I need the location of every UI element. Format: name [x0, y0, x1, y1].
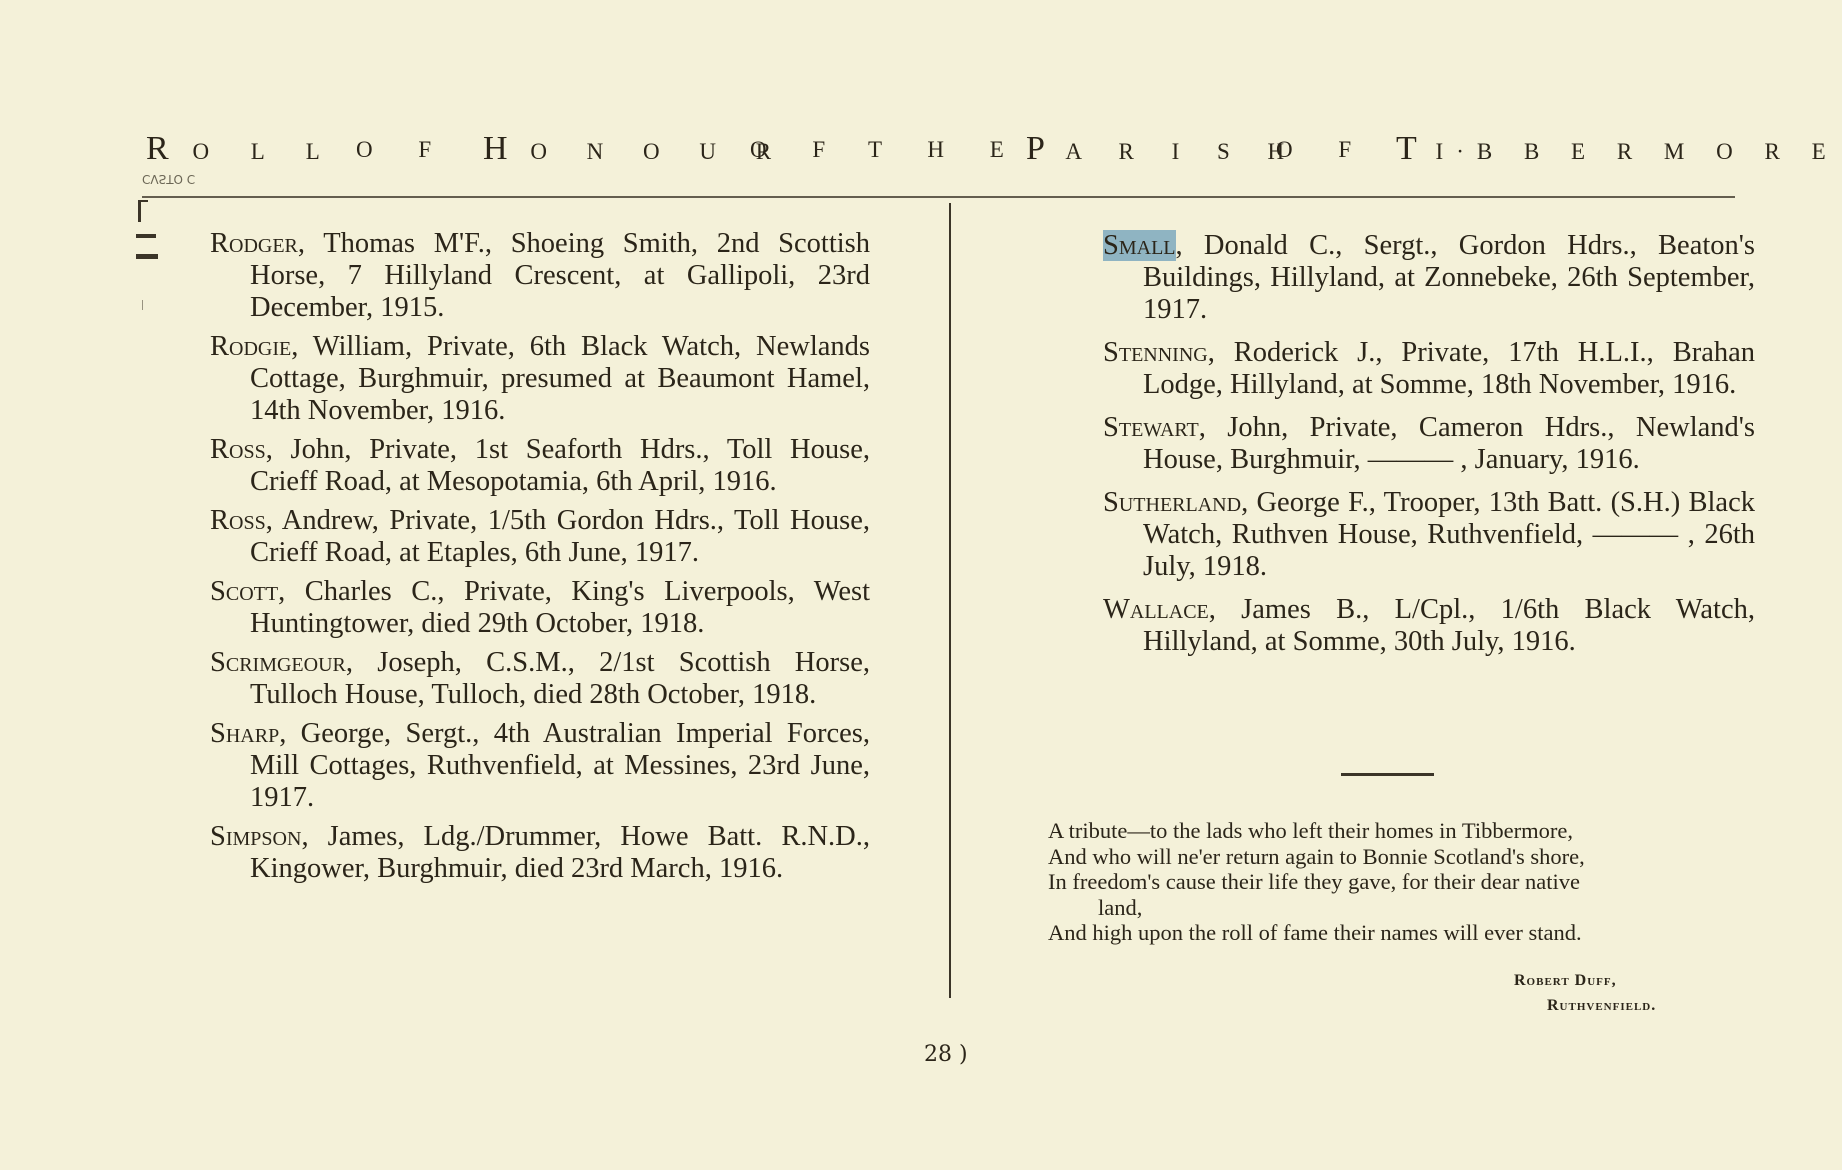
book-page: R O L L O F H O N O U R O F T H E P A R … — [0, 0, 1842, 1170]
page-number: 28 ) — [924, 1042, 968, 1067]
entry-details: , Donald C., Sergt., Gordon Hdrs., Beato… — [1143, 230, 1755, 325]
roll-entry: Sutherland, George F., Trooper, 13th Bat… — [1103, 487, 1755, 583]
roll-entry: Rodger, Thomas M'F., Shoeing Smith, 2nd … — [210, 228, 870, 324]
poem-line: And high upon the roll of fame their nam… — [1048, 920, 1748, 946]
entry-surname: Rodgie — [210, 331, 291, 362]
roll-entry: Simpson, James, Ldg./Drummer, Howe Batt.… — [210, 821, 870, 885]
highlighted-surname[interactable]: Small — [1103, 230, 1176, 261]
roll-entry: Ross, Andrew, Private, 1/5th Gordon Hdrs… — [210, 505, 870, 569]
entry-details: , James, Ldg./Drummer, Howe Batt. R.N.D.… — [250, 821, 870, 884]
entry-surname: Ross — [210, 434, 266, 465]
poem-line: A tribute—to the lads who left their hom… — [1048, 818, 1748, 844]
column-divider — [949, 203, 951, 998]
right-column: Small, Donald C., Sergt., Gordon Hdrs., … — [1103, 230, 1755, 669]
entry-surname: Rodger — [210, 228, 298, 259]
poem-line: And who will ne'er return again to Bonni… — [1048, 844, 1748, 870]
roll-entry: Wallace, James B., L/Cpl., 1/6th Black W… — [1103, 594, 1755, 658]
entry-details: , James B., L/Cpl., 1/6th Black Watch, H… — [1143, 594, 1755, 657]
header-word-honour: H O N O U R — [483, 130, 788, 168]
entry-surname: Scott — [210, 576, 278, 607]
entry-surname: Sutherland — [1103, 487, 1241, 518]
poem-line: In freedom's cause their life they gave,… — [1048, 869, 1748, 895]
entry-surname: Simpson — [210, 821, 301, 852]
roll-entry: Small, Donald C., Sergt., Gordon Hdrs., … — [1103, 230, 1755, 326]
signature-place: Ruthvenfield. — [1547, 997, 1656, 1015]
roll-entry: Stewart, John, Private, Cameron Hdrs., N… — [1103, 412, 1755, 476]
section-rule — [1341, 773, 1434, 776]
entry-details: , John, Private, Cameron Hdrs., Newland'… — [1143, 412, 1755, 475]
mirrored-stamp: CVSTO C — [142, 172, 195, 186]
roll-entry: Scott, Charles C., Private, King's Liver… — [210, 576, 870, 640]
entry-details: , George, Sergt., 4th Australian Imperia… — [250, 718, 870, 813]
entry-surname: Wallace — [1103, 594, 1209, 625]
entry-details: , John, Private, 1st Seaforth Hdrs., Tol… — [250, 434, 870, 497]
header-rule — [142, 196, 1735, 198]
entry-surname: Ross — [210, 505, 266, 536]
entry-details: , Charles C., Private, King's Liverpools… — [250, 576, 870, 639]
entry-details: , Thomas M'F., Shoeing Smith, 2nd Scotti… — [250, 228, 870, 323]
tribute-poem: A tribute—to the lads who left their hom… — [1048, 818, 1748, 946]
header-word-parish: P A R I S H — [1026, 130, 1300, 168]
signature-name: Robert Duff, — [1514, 972, 1617, 990]
header-word-of-1: O F — [356, 137, 451, 163]
header-word-the: T H E — [868, 137, 1024, 163]
header-word-of-3: O F — [1276, 137, 1371, 163]
roll-entry: Stenning, Roderick J., Private, 17th H.L… — [1103, 337, 1755, 401]
entry-surname: Stewart — [1103, 412, 1199, 443]
poem-line: land, — [1048, 895, 1748, 921]
entry-details: , Roderick J., Private, 17th H.L.I., Bra… — [1143, 337, 1755, 400]
entry-details: , William, Private, 6th Black Watch, New… — [250, 331, 870, 426]
header-word-roll: R O L L — [146, 130, 338, 168]
entry-surname: Scrimgeour — [210, 647, 346, 678]
roll-entry: Ross, John, Private, 1st Seaforth Hdrs.,… — [210, 434, 870, 498]
header-word-of-2: O F — [750, 137, 845, 163]
roll-entry: Sharp, George, Sergt., 4th Australian Im… — [210, 718, 870, 814]
left-column: Rodger, Thomas M'F., Shoeing Smith, 2nd … — [210, 228, 870, 892]
header-word-tibbermore: T I·B B E R M O R E — [1396, 130, 1839, 168]
entry-surname: Sharp — [210, 718, 279, 749]
roll-entry: Scrimgeour, Joseph, C.S.M., 2/1st Scotti… — [210, 647, 870, 711]
entry-details: , Andrew, Private, 1/5th Gordon Hdrs., T… — [250, 505, 870, 568]
roll-entry: Rodgie, William, Private, 6th Black Watc… — [210, 331, 870, 427]
entry-surname: Stenning — [1103, 337, 1208, 368]
